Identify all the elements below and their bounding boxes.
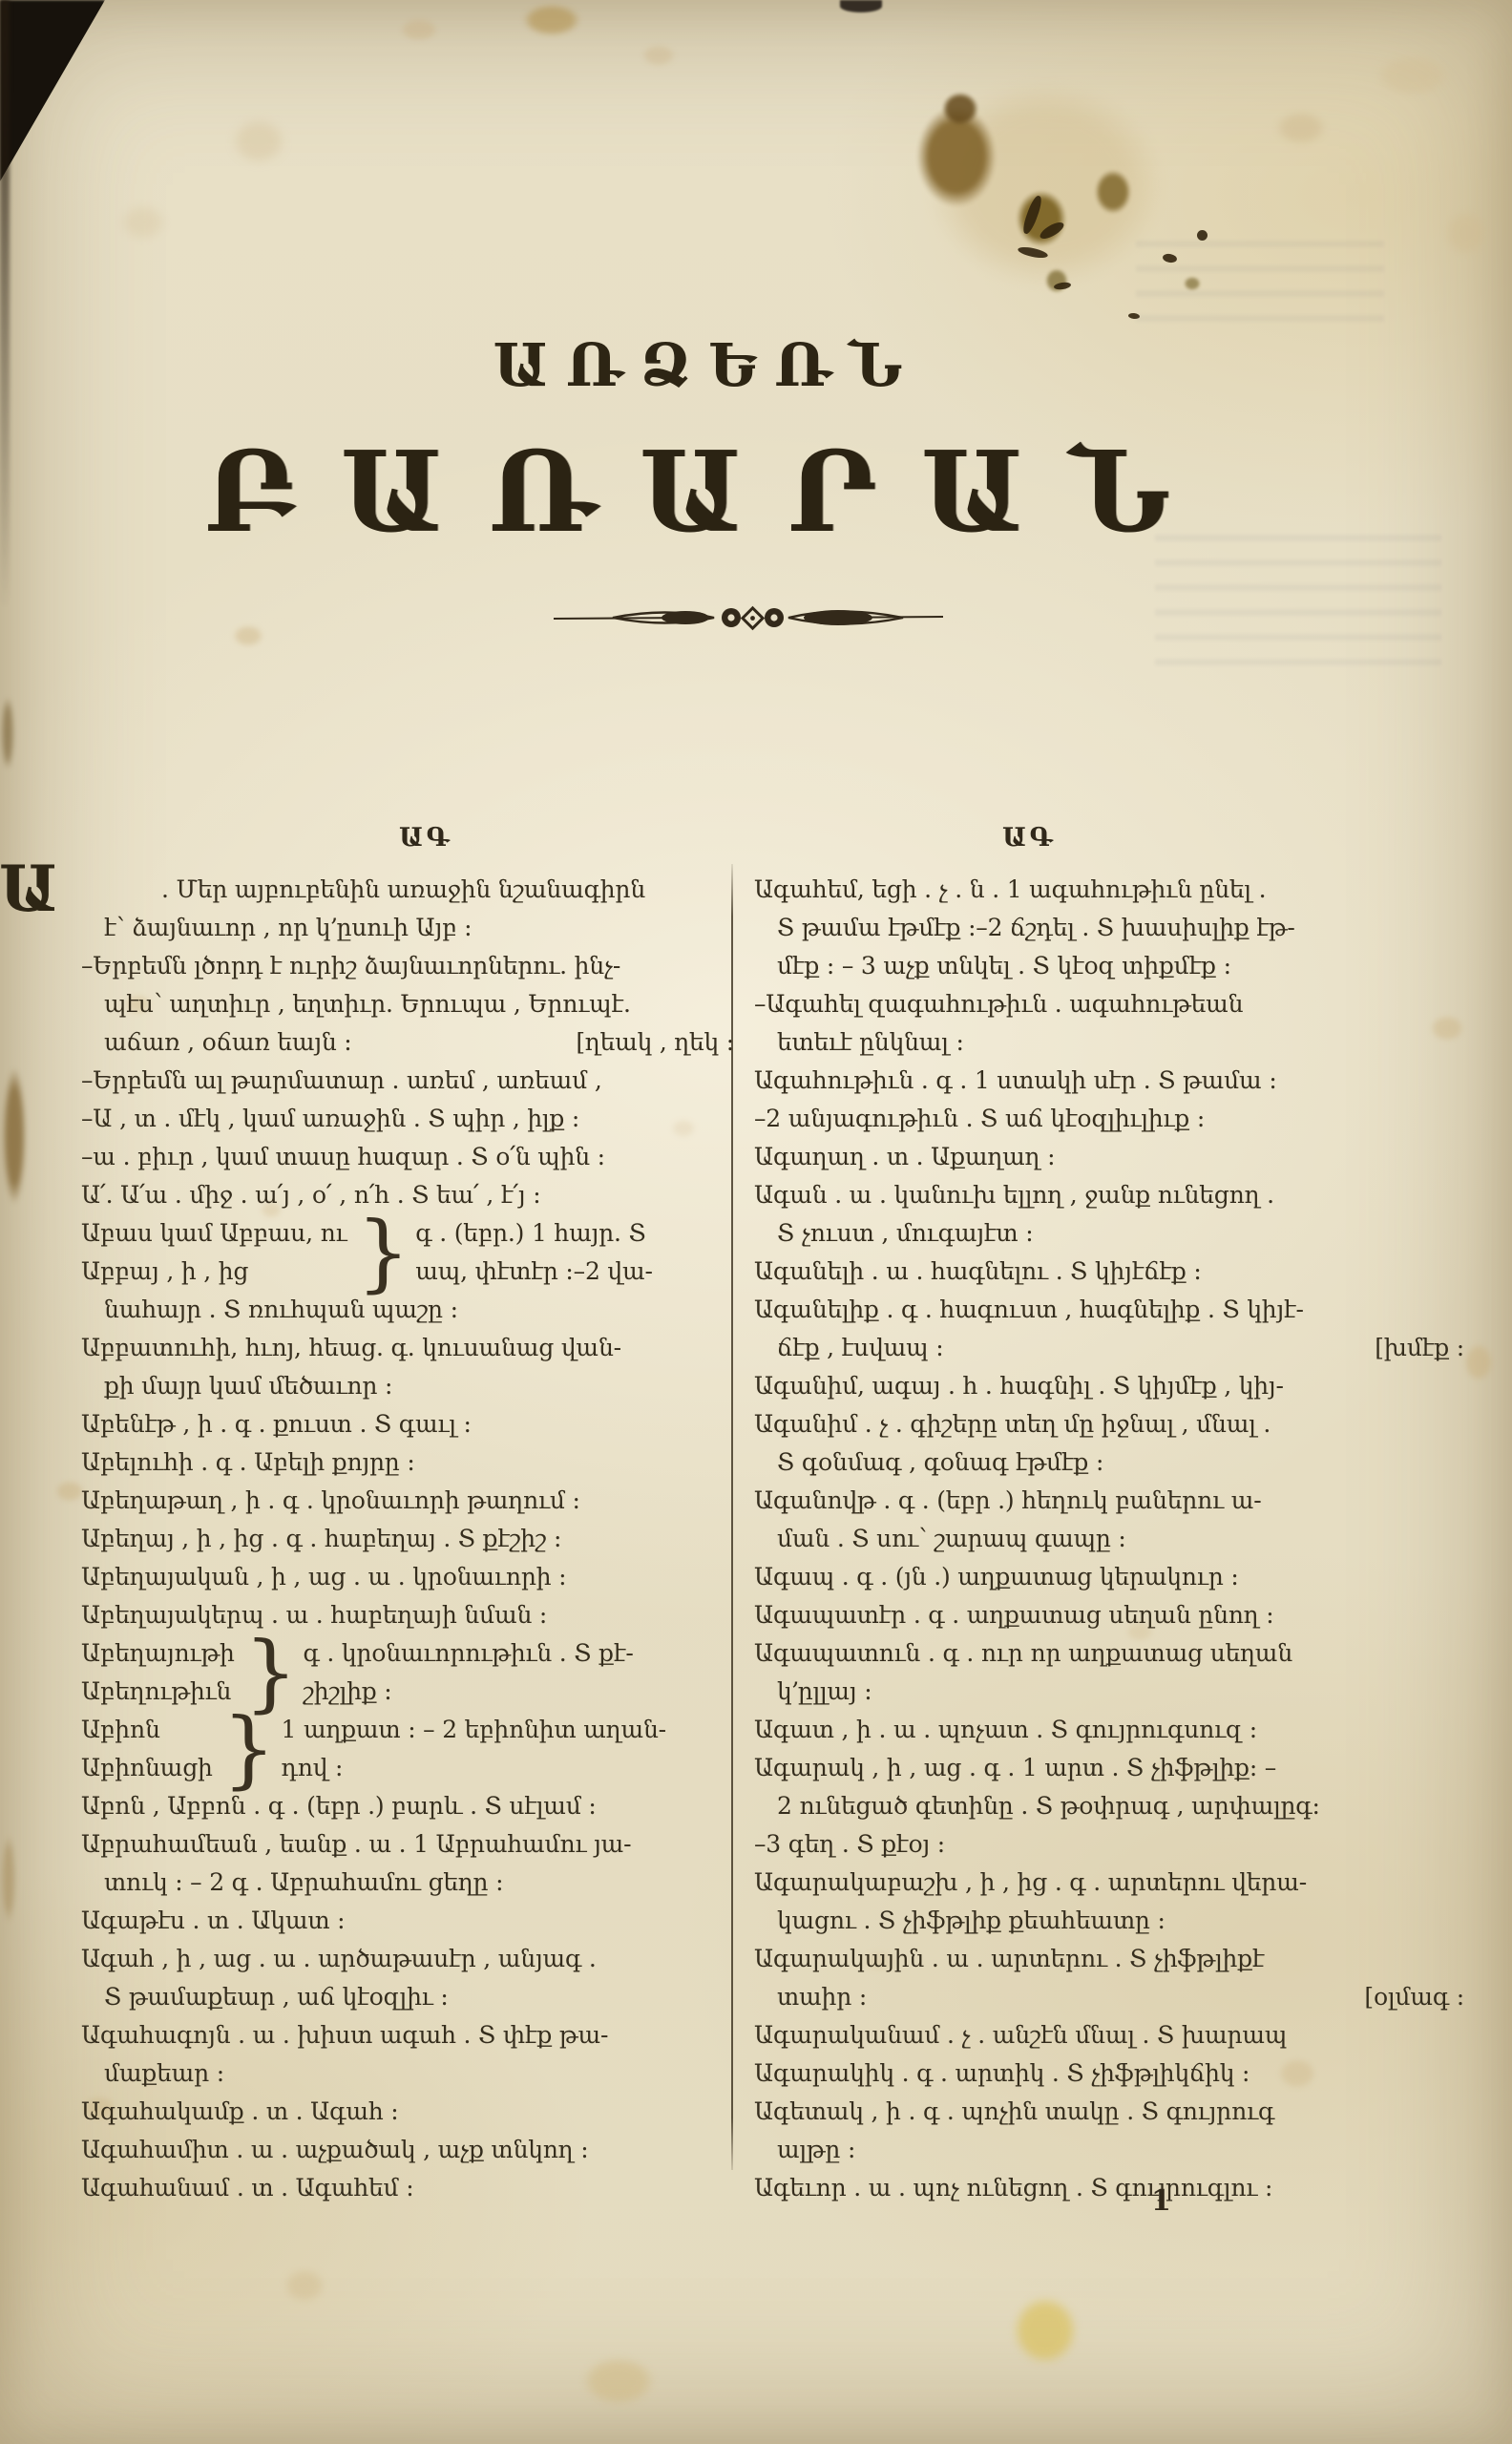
pair-definitions: գ . կրօնաւորութիւն . Տ քէ-շիշլիք :: [303, 1634, 633, 1711]
pair-definitions: գ . (եբր.) 1 հայր. Տապ, փէտէր :–2 վա-: [415, 1214, 652, 1291]
dictionary-line: –2 անյագութիւն . Տ աճ կէօզլիւլիւք :: [754, 1100, 1464, 1138]
right-column: Ագահեմ, եցի . չ . ն . 1 ագահութիւն ընել …: [754, 871, 1464, 2207]
stain: [1270, 107, 1333, 149]
stain: [115, 200, 172, 244]
dictionary-line: կ՚ըլլայ :: [754, 1673, 1464, 1711]
dictionary-line: Ագաղաղ . տ . Աքաղաղ :: [754, 1138, 1464, 1176]
brace-glyph: }: [346, 1214, 415, 1291]
left-column: . Մեր այբուբենին առաջին նշանագիրնէ՝ ձայն…: [81, 871, 734, 2207]
dictionary-line: Ագարականամ . չ . անշէն մնալ . Տ խարապ: [754, 2016, 1464, 2054]
dictionary-line: ապ, փէտէր :–2 վա-: [415, 1253, 652, 1291]
dictionary-line: Ագապատէր . գ . աղքատաց սեղան ընող :: [754, 1596, 1464, 1634]
dictionary-line: Ագանելիք . գ . հագուստ , հագնելիք . Տ կի…: [754, 1291, 1464, 1329]
dictionary-line: Աբեղութիւն: [81, 1673, 235, 1711]
dictionary-line: նահայր . Տ ռուհպան պաշը :: [81, 1291, 734, 1329]
ink-mark: [1017, 245, 1048, 260]
dictionary-line: Ագանելի . ա . հագնելու . Տ կիյէճէք :: [754, 1253, 1464, 1291]
page-number: 1: [1151, 2184, 1171, 2218]
stain: [225, 113, 292, 170]
line-text: տաիր :: [777, 1978, 867, 2016]
brace-entry-pair: Աբաս կամ Աբբաս, ուԱբբայ , ի , ից}գ . (եբ…: [81, 1214, 734, 1291]
dictionary-line: Ագանիմ, ագայ . հ . հագնիլ . Տ կիյմէք , կ…: [754, 1367, 1464, 1405]
dictionary-line: –Ա , տ . մէկ , կամ առաջին . Տ պիր , իլք …: [81, 1100, 734, 1138]
dictionary-line: Տ չուստ , մուգայէտ :: [754, 1214, 1464, 1253]
stain: [515, 0, 588, 40]
pair-headwords: Աբաս կամ Աբբաս, ուԱբբայ , ի , ից: [81, 1214, 346, 1291]
dictionary-line: Աբբատուհի, հւոյ, հեաց. գ. կուսանաց վան-: [81, 1329, 734, 1367]
dictionary-line: գ . կրօնաւորութիւն . Տ քէ-: [303, 1634, 633, 1673]
stain: [0, 687, 15, 779]
dictionary-line: Աբեղայութի: [81, 1634, 235, 1673]
dictionary-line: Աբելուհի . գ . Աբելի քոյրը :: [81, 1443, 734, 1482]
dictionary-line: Աբենէթ , ի . գ . քուստ . Տ գաւլ :: [81, 1405, 734, 1443]
stain: [937, 88, 983, 130]
drop-cap-letter: Ա: [0, 857, 58, 920]
dictionary-line: Աբրահամեան , եանք . ա . 1 Աբրահամու յա-: [81, 1825, 734, 1864]
stain: [1460, 1338, 1497, 1386]
dictionary-line: կացու . Տ չիֆթլիք քեահեատը :: [754, 1902, 1464, 1940]
dictionary-line: Աբբայ , ի , ից: [81, 1253, 346, 1291]
dictionary-line: Ագահեմ, եցի . չ . ն . 1 ագահութիւն ընել …: [754, 871, 1464, 909]
dictionary-line: Ագաթէս . տ . Ակատ :: [81, 1902, 734, 1940]
dictionary-line: Տ թամաքեար , աճ կէօզլիւ :: [81, 1978, 734, 2016]
column-divider: [731, 864, 733, 2170]
dictionary-line: դով :: [282, 1749, 666, 1787]
dictionary-line: Ագետակ , ի . գ . պոչին տակը . Տ գույրուգ: [754, 2093, 1464, 2131]
brace-glyph: }: [213, 1711, 282, 1787]
ink-mark: [1162, 253, 1177, 263]
stain: [0, 1050, 29, 1222]
dictionary-line: Ագարակիկ . գ . արտիկ . Տ չիֆթլիկճիկ :: [754, 2054, 1464, 2093]
running-head-right: ԱԳ: [1002, 823, 1056, 853]
dictionary-page: ԱՌՁԵՌՆ ԲԱՌԱՐԱՆ ԱԳ ԱԳ Ա . Մեր այբուբենին …: [0, 0, 1512, 2444]
ink-mark: [1197, 230, 1207, 241]
dictionary-line: Ագանովթ . գ . (եբր .) հեղուկ բաներու ա-: [754, 1482, 1464, 1520]
ink-mark: [1020, 194, 1044, 235]
dictionary-line: –Երբեմն ալ թարմատար . առեմ , առեամ ,: [81, 1062, 734, 1100]
dictionary-line: Ագարակաբաշխ , ի , ից . գ . արտերու վերա-: [754, 1864, 1464, 1902]
ink-mark: [1054, 282, 1072, 290]
pair-headwords: ԱբիոնԱբիոնացի: [81, 1711, 213, 1787]
brace-entry-pair: ԱբիոնԱբիոնացի}1 աղքատ : – 2 եբիոնիտ աղան…: [81, 1711, 734, 1787]
ghost-text: [1136, 241, 1384, 327]
dictionary-line: Ագարակ , ի , աց . գ . 1 արտ . Տ չիֆթլիք:…: [754, 1749, 1464, 1787]
edge-nick: [840, 0, 882, 12]
dictionary-line: ետեւէ ընկնալ :: [754, 1023, 1464, 1062]
dictionary-line: Աբոն , Աբբոն . գ . (եբր .) բարև . Տ սէլա…: [81, 1787, 734, 1825]
stain: [229, 622, 267, 649]
pair-definitions: 1 աղքատ : – 2 եբիոնիտ աղան-դով :: [282, 1711, 666, 1787]
dictionary-line: Ագապ . գ . (յն .) աղքատաց կերակուր :: [754, 1558, 1464, 1596]
ornament-divider: [552, 603, 945, 632]
ink-mark: [1128, 312, 1141, 319]
stain: [907, 94, 1006, 220]
stain: [279, 2265, 330, 2307]
dictionary-line: ալթը :: [754, 2131, 1464, 2169]
dictionary-line: Տ գօնմագ , գօնագ էթմէք :: [754, 1443, 1464, 1482]
stain: [897, 55, 1193, 313]
dictionary-line: Ագահութիւն . գ . 1 ստակի սէր . Տ թամա :: [754, 1062, 1464, 1100]
line-text: ճէք , էսվապ :: [777, 1329, 943, 1367]
dictionary-line: Ագան . ա . կանուխ ելլող , ջանք ունեցող .: [754, 1176, 1464, 1214]
runover-text: [օլմագ :: [1364, 1978, 1464, 2016]
dictionary-line: պէս՝ աղտիւր , եղտիւր. Երուպա , Երուպէ.: [81, 985, 734, 1023]
dictionary-line: է՝ ձայնաւոր , որ կ՚ըսուի Այբ :: [81, 909, 734, 947]
dictionary-line: Աբեղայակերպ . ա . հաբեղայի նման :: [81, 1596, 734, 1634]
runover-text: [խմէք :: [1375, 1329, 1464, 1367]
dictionary-line: Ագահանամ . տ . Ագահեմ :: [81, 2169, 734, 2207]
dictionary-line: –Երբեմն լծորդ է ուրիշ ձայնաւորներու. ինչ…: [81, 947, 734, 985]
running-head-left: ԱԳ: [399, 823, 452, 853]
stain: [1042, 265, 1071, 296]
dictionary-line: Աբիոն: [81, 1711, 213, 1749]
dictionary-line: ման . Տ սու՝ շարապ գապը :: [754, 1520, 1464, 1558]
runover-text: [ղեակ , ղեկ :: [576, 1023, 734, 1062]
dictionary-line: –ա . բիւր , կամ տասը հազար . Տ օ՛ն պին :: [81, 1138, 734, 1176]
stain: [1182, 275, 1203, 292]
dictionary-line: Ագահակամք . տ . Ագահ :: [81, 2093, 734, 2131]
torn-corner: [0, 0, 105, 181]
dictionary-line: աճառ , օճառ եայն :[ղեակ , ղեկ :: [81, 1023, 734, 1062]
dictionary-line: մաքեար :: [81, 2054, 734, 2093]
dictionary-line: Ագարակային . ա . արտերու . Տ չիֆթլիքէ: [754, 1940, 1464, 1978]
stain: [395, 15, 443, 44]
stain: [1090, 164, 1136, 220]
series-title: ԱՌՁԵՌՆ: [0, 330, 1413, 400]
stain: [1004, 2287, 1086, 2373]
main-title: ԲԱՌԱՐԱՆ: [0, 428, 1418, 558]
dictionary-line: Ագահ , ի , աց . ա . արծաթասէր , անյագ .: [81, 1940, 734, 1978]
dictionary-line: ճէք , էսվապ :[խմէք :: [754, 1329, 1464, 1367]
dictionary-line: Աբաս կամ Աբբաս, ու: [81, 1214, 346, 1253]
dictionary-line: Ագեւոր . ա . պոչ ունեցող . Տ գույրուգլու…: [754, 2169, 1464, 2207]
dictionary-line: Ագապատուն . գ . ուր որ աղքատաց սեղան: [754, 1634, 1464, 1673]
dictionary-line: Աբիոնացի: [81, 1749, 213, 1787]
dictionary-line: Տ թամա էթմէք :–2 ճշդել . Տ խասիսլիք էթ-: [754, 909, 1464, 947]
dictionary-line: գ . (եբր.) 1 հայր. Տ: [415, 1214, 652, 1253]
dictionary-line: . Մեր այբուբենին առաջին նշանագիրն: [81, 871, 734, 909]
dictionary-line: տուկ : – 2 գ . Աբրահամու ցեղը :: [81, 1864, 734, 1902]
dictionary-line: Ագատ , ի . ա . պոչատ . Տ գույրուգսուզ :: [754, 1711, 1464, 1749]
dictionary-line: Աբեղայական , ի , աց . ա . կրօնաւորի :: [81, 1558, 734, 1596]
dictionary-line: Աբեղայ , ի , ից . գ . հաբեղայ . Տ քէշիշ …: [81, 1520, 734, 1558]
dictionary-line: Ագանիմ . չ . գիշերը տեղ մը իջնալ , մնալ …: [754, 1405, 1464, 1443]
stain: [1367, 50, 1459, 101]
dictionary-line: քի մայր կամ մեծաւոր :: [81, 1367, 734, 1405]
stain: [1010, 183, 1073, 254]
stain: [573, 2350, 664, 2412]
stain: [1439, 204, 1493, 262]
dictionary-line: Ագահագոյն . ա . խիստ ագահ . Տ փէք թա-: [81, 2016, 734, 2054]
dictionary-line: –3 գեղ . Տ քէօյ :: [754, 1825, 1464, 1864]
brace-entry-pair: ԱբեղայութիԱբեղութիւն}գ . կրօնաւորութիւն …: [81, 1634, 734, 1711]
dictionary-line: 2 ունեցած գետինը . Տ թօփրագ , արփալըգ:: [754, 1787, 1464, 1825]
stain: [638, 42, 680, 69]
pair-headwords: ԱբեղայութիԱբեղութիւն: [81, 1634, 235, 1711]
dictionary-line: Աբեղաթաղ , ի . գ . կրօնաւորի թաղում :: [81, 1482, 734, 1520]
dictionary-line: տաիր :[օլմագ :: [754, 1978, 1464, 2016]
dictionary-line: մէք : – 3 աչք տնկել . Տ կէօզ տիքմէք :: [754, 947, 1464, 985]
dictionary-line: 1 աղքատ : – 2 եբիոնիտ աղան-: [282, 1711, 666, 1749]
stain: [0, 1823, 17, 1934]
ink-mark: [1038, 220, 1066, 242]
line-text: աճառ , օճառ եայն :: [104, 1023, 352, 1062]
dictionary-line: Ագահամիտ . ա . աչքածակ , աչք տնկող :: [81, 2131, 734, 2169]
dictionary-line: –Ագահել զագահութիւն . ագահութեան: [754, 985, 1464, 1023]
dictionary-line: շիշլիք :: [303, 1673, 633, 1711]
